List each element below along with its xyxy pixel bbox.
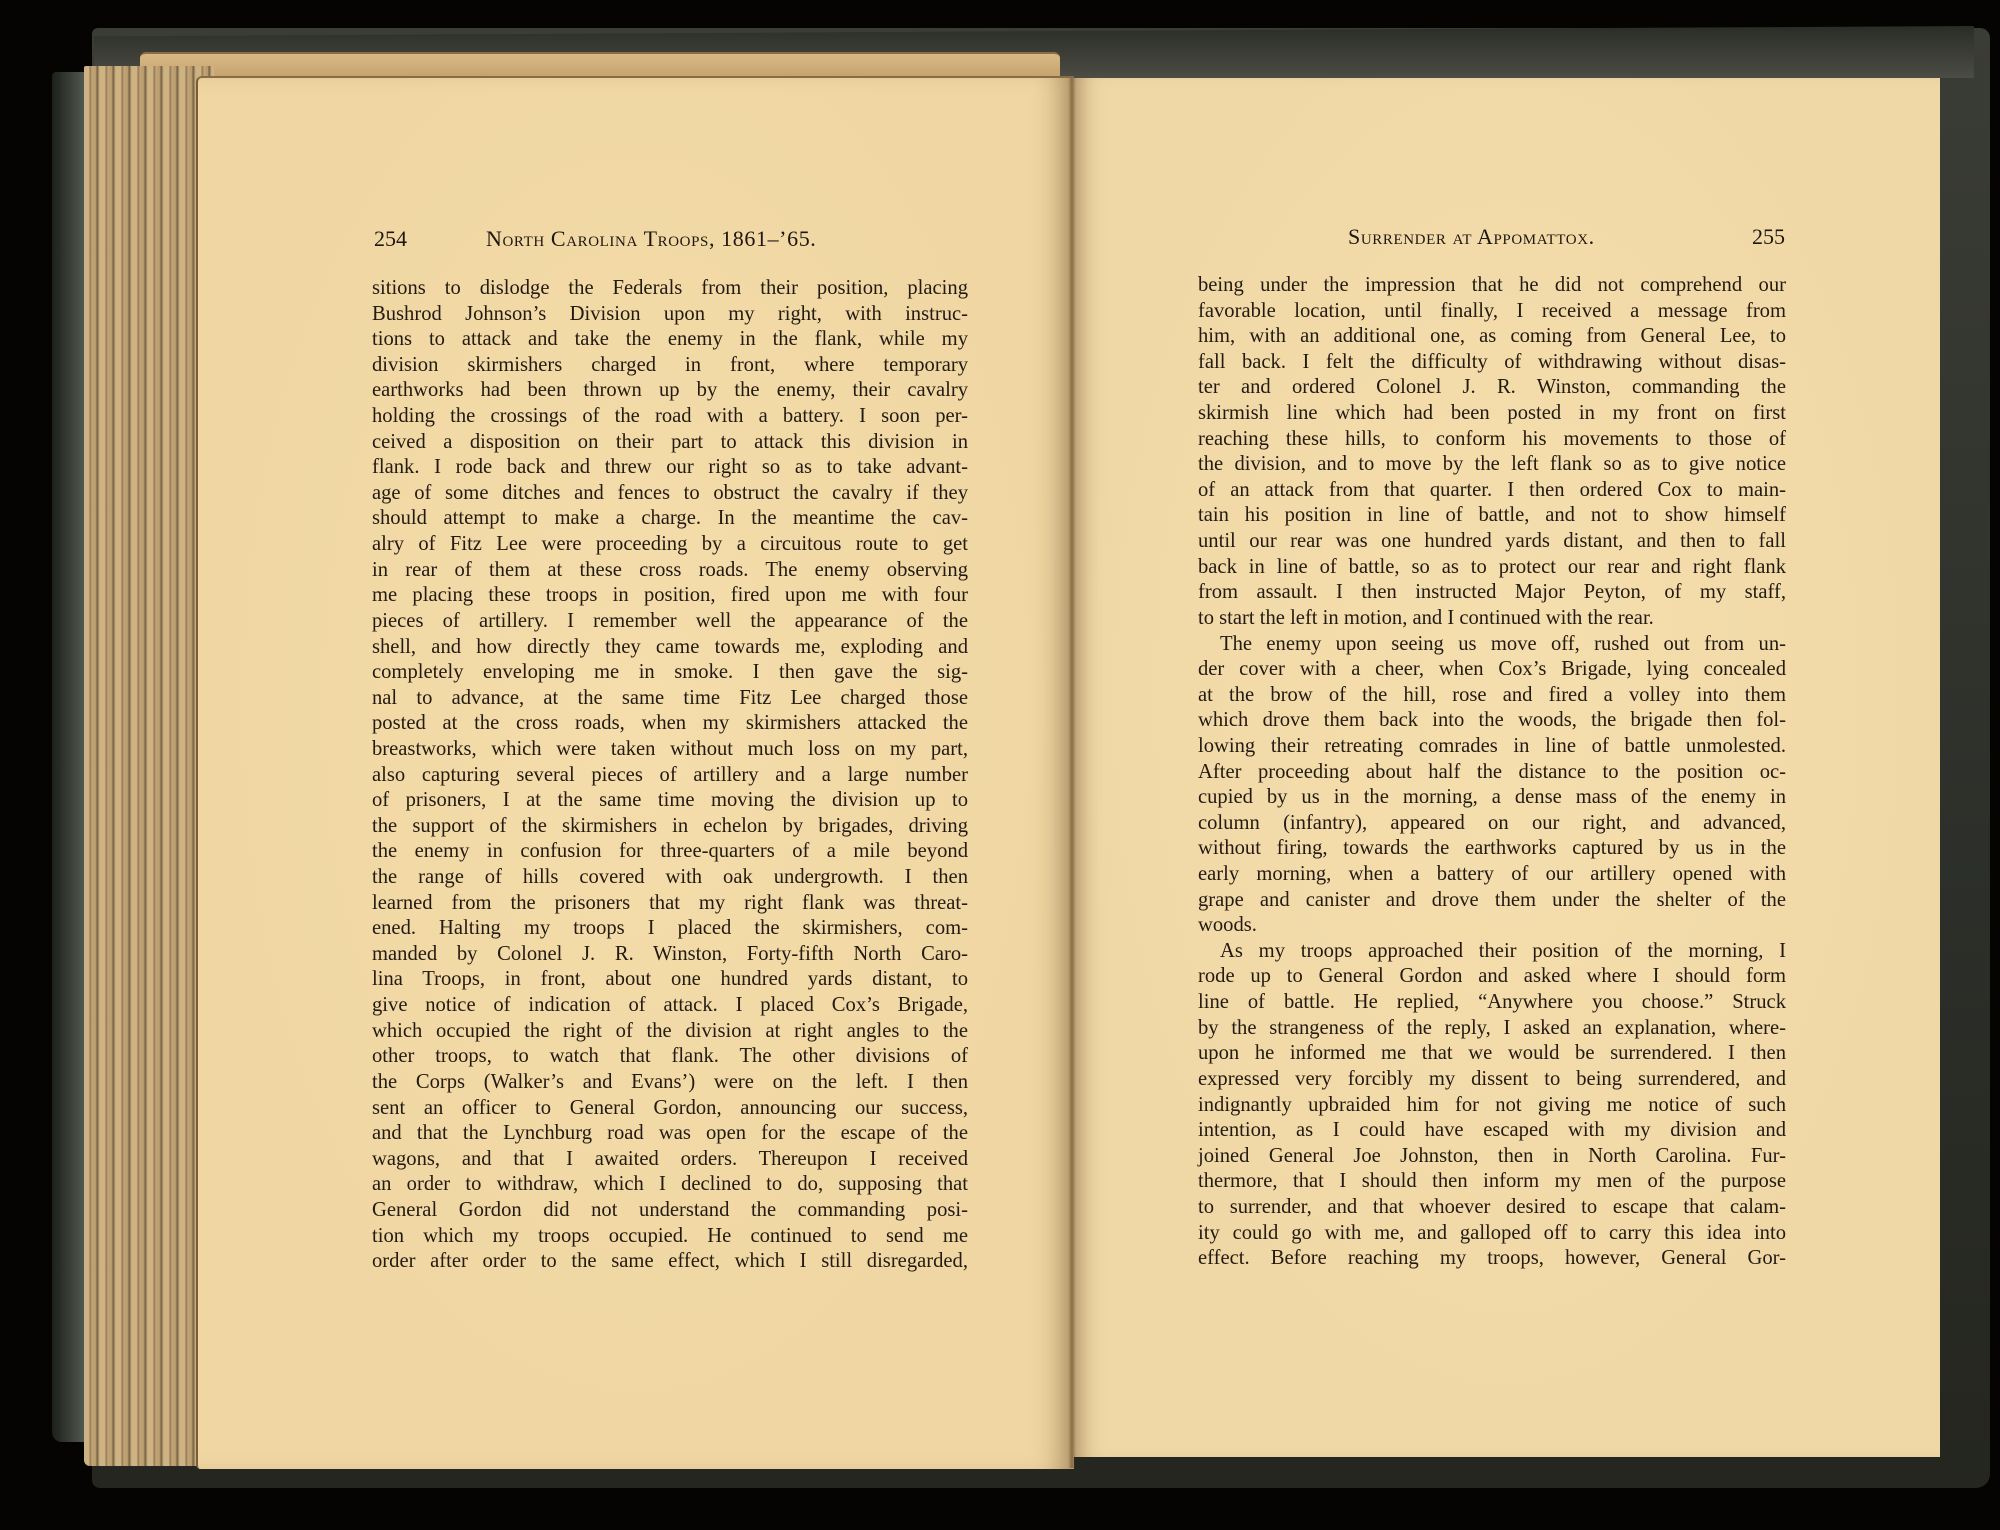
text-line: tion which my troops occupied. He contin… — [372, 1224, 968, 1250]
text-line: early morning, when a battery of our art… — [1198, 862, 1786, 888]
text-line: alry of Fitz Lee were proceeding by a ci… — [372, 532, 968, 558]
text-line: pieces of artillery. I remember well the… — [372, 609, 968, 635]
text-line: indignantly upbraided him for not giving… — [1198, 1093, 1786, 1119]
text-line: without firing, towards the earthworks c… — [1198, 836, 1786, 862]
text-line: me placing these troops in position, fir… — [372, 583, 968, 609]
text-line: the Corps (Walker’s and Evans’) were on … — [372, 1070, 968, 1096]
text-line: Bushrod Johnson’s Division upon my right… — [372, 302, 968, 328]
text-line: in rear of them at these cross roads. Th… — [372, 558, 968, 584]
text-line: breastworks, which were taken without mu… — [372, 737, 968, 763]
text-line: which occupied the right of the division… — [372, 1019, 968, 1045]
text-line: posted at the cross roads, when my skirm… — [372, 711, 968, 737]
text-line: tain his position in line of battle, and… — [1198, 503, 1786, 529]
text-line: which drove them back into the woods, th… — [1198, 708, 1786, 734]
text-line: back in line of battle, so as to protect… — [1198, 555, 1786, 581]
text-line: age of some ditches and fences to obstru… — [372, 481, 968, 507]
text-line: tions to attack and take the enemy in th… — [372, 327, 968, 353]
text-line: other troops, to watch that flank. The o… — [372, 1044, 968, 1070]
text-line: at the brow of the hill, rose and fired … — [1198, 683, 1786, 709]
running-head: Surrender at Appomattox. — [1348, 224, 1595, 250]
text-line: der cover with a cheer, when Cox’s Briga… — [1198, 657, 1786, 683]
text-line: by the strangeness of the reply, I asked… — [1198, 1016, 1786, 1042]
text-line: intention, as I could have escaped with … — [1198, 1118, 1786, 1144]
text-line: holding the crossings of the road with a… — [372, 404, 968, 430]
text-line: woods. — [1198, 913, 1786, 939]
text-line: rode up to General Gordon and asked wher… — [1198, 964, 1786, 990]
text-line: learned from the prisoners that my right… — [372, 891, 968, 917]
text-line: grape and canister and drove them under … — [1198, 888, 1786, 914]
text-line: and that the Lynchburg road was open for… — [372, 1121, 968, 1147]
text-line: upon he informed me that we would be sur… — [1198, 1041, 1786, 1067]
text-line: favorable location, until finally, I rec… — [1198, 299, 1786, 325]
text-line: him, with an additional one, as coming f… — [1198, 324, 1786, 350]
text-line: ter and ordered Colonel J. R. Winston, c… — [1198, 375, 1786, 401]
text-line: ceived a disposition on their part to at… — [372, 430, 968, 456]
text-line: lina Troops, in front, about one hundred… — [372, 967, 968, 993]
text-line: the support of the skirmishers in echelo… — [372, 814, 968, 840]
text-line: wagons, and that I awaited orders. There… — [372, 1147, 968, 1173]
text-line: give notice of indication of attack. I p… — [372, 993, 968, 1019]
text-line: the range of hills covered with oak unde… — [372, 865, 968, 891]
text-line: sent an officer to General Gordon, annou… — [372, 1096, 968, 1122]
text-line: until our rear was one hundred yards dis… — [1198, 529, 1786, 555]
text-line: General Gordon did not understand the co… — [372, 1198, 968, 1224]
text-line: effect. Before reaching my troops, howev… — [1198, 1246, 1786, 1272]
text-line: nal to advance, at the same time Fitz Le… — [372, 686, 968, 712]
text-line: column (infantry), appeared on our right… — [1198, 811, 1786, 837]
text-line: thermore, that I should then inform my m… — [1198, 1169, 1786, 1195]
text-line: shell, and how directly they came toward… — [372, 635, 968, 661]
text-line: the enemy in confusion for three-quarter… — [372, 839, 968, 865]
text-line: flank. I rode back and threw our right s… — [372, 455, 968, 481]
body-text: being under the impression that he did n… — [1198, 273, 1786, 1272]
text-line: order after order to the same effect, wh… — [372, 1249, 968, 1275]
right-page: Surrender at Appomattox. 255 being under… — [1072, 78, 1940, 1457]
text-line: to start the left in motion, and I conti… — [1198, 606, 1786, 632]
running-head-text: Surrender at Appomattox. — [1348, 224, 1595, 249]
page-number: 254 — [374, 226, 407, 252]
text-line: lowing their retreating comrades in line… — [1198, 734, 1786, 760]
body-text: sitions to dislodge the Federals from th… — [372, 276, 968, 1275]
text-line: the division, and to move by the left fl… — [1198, 452, 1786, 478]
running-head: North Carolina Troops, 1861–’65. — [486, 226, 816, 252]
text-line: division skirmishers charged in front, w… — [372, 353, 968, 379]
running-head-text: North Carolina Troops, 1861–’65. — [486, 226, 816, 251]
text-line: sitions to dislodge the Federals from th… — [372, 276, 968, 302]
text-line: After proceeding about half the distance… — [1198, 760, 1786, 786]
text-line: skirmish line which had been posted in m… — [1198, 401, 1786, 427]
text-line: manded by Colonel J. R. Winston, Forty-f… — [372, 942, 968, 968]
text-line: ened. Halting my troops I placed the ski… — [372, 916, 968, 942]
page-number: 255 — [1752, 224, 1785, 250]
text-line: being under the impression that he did n… — [1198, 273, 1786, 299]
text-line: joined General Joe Johnston, then in Nor… — [1198, 1144, 1786, 1170]
text-line: to surrender, and that whoever desired t… — [1198, 1195, 1786, 1221]
text-line: As my troops approached their position o… — [1198, 939, 1786, 965]
page-stack-fore-edge — [84, 66, 214, 1466]
text-line: line of battle. He replied, “Anywhere yo… — [1198, 990, 1786, 1016]
text-line: of an attack from that quarter. I then o… — [1198, 478, 1786, 504]
text-line: also capturing several pieces of artille… — [372, 763, 968, 789]
text-line: from assault. I then instructed Major Pe… — [1198, 580, 1786, 606]
page-stack-top-edge — [140, 52, 1060, 76]
text-line: cupied by us in the morning, a dense mas… — [1198, 785, 1786, 811]
text-line: ity could go with me, and galloped off t… — [1198, 1221, 1786, 1247]
left-page: 254 North Carolina Troops, 1861–’65. sit… — [196, 76, 1074, 1469]
text-line: an order to withdraw, which I declined t… — [372, 1172, 968, 1198]
text-line: of prisoners, I at the same time moving … — [372, 788, 968, 814]
text-line: The enemy upon seeing us move off, rushe… — [1198, 632, 1786, 658]
text-line: should attempt to make a charge. In the … — [372, 506, 968, 532]
text-line: reaching these hills, to conform his mov… — [1198, 427, 1786, 453]
book-gutter — [1068, 78, 1076, 1468]
text-line: completely enveloping me in smoke. I the… — [372, 660, 968, 686]
text-line: fall back. I felt the difficulty of with… — [1198, 350, 1786, 376]
text-line: expressed very forcibly my dissent to be… — [1198, 1067, 1786, 1093]
text-line: earthworks had been thrown up by the ene… — [372, 378, 968, 404]
